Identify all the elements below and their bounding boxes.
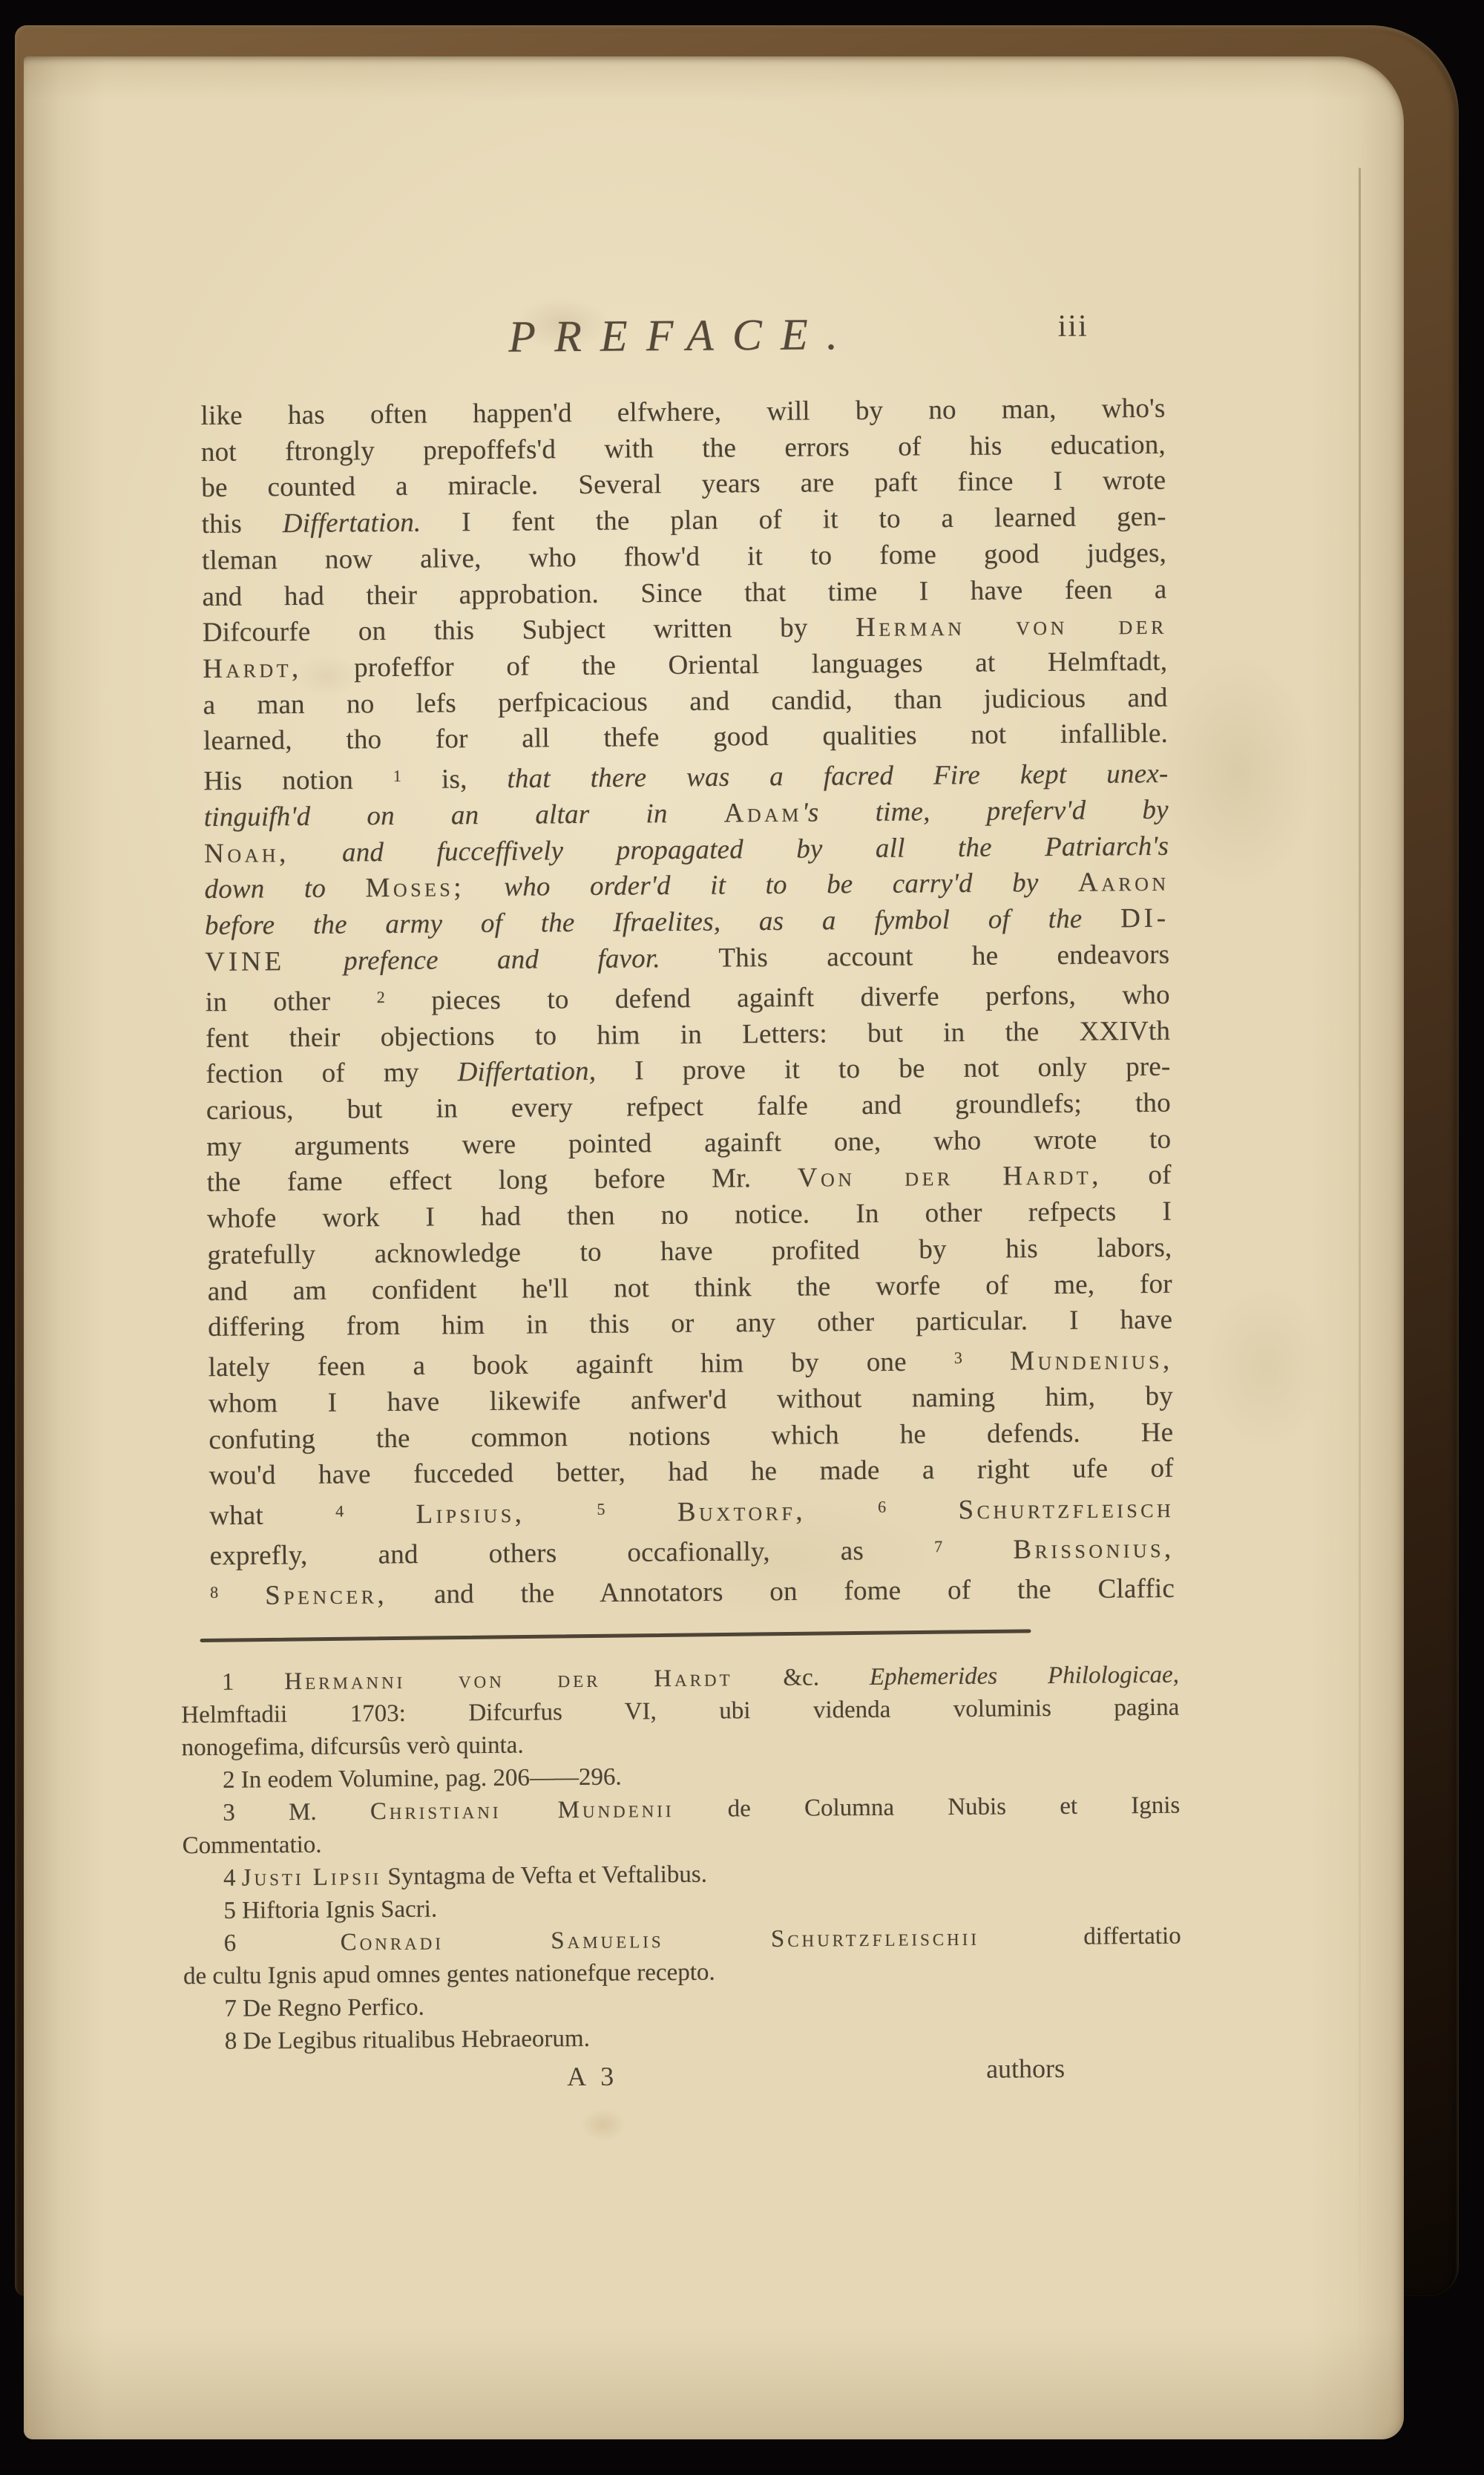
- text-line: 8 Spencer, and the Annotators on fome of…: [210, 1567, 1175, 1615]
- page-title: PREFACE.: [200, 298, 1165, 361]
- text-segment: 2: [377, 988, 385, 1006]
- text-segment: exprefly, and others occafionally, as: [209, 1535, 934, 1572]
- text-segment: who order'd it to be carry'd by: [464, 868, 1078, 902]
- text-segment: fent their objections to him in Letters:…: [206, 1015, 1170, 1053]
- text-segment: not ftrongly prepoffefs'd with the error…: [201, 429, 1166, 467]
- text-segment: fection of my: [206, 1058, 457, 1090]
- text-segment: 7: [934, 1537, 942, 1556]
- text-segment: [942, 1535, 1013, 1566]
- text-segment: the fame effect long before Mr.: [207, 1163, 798, 1198]
- page-edge-crease: [1359, 168, 1361, 2410]
- text-line: 8 De Legibus ritualibus Hebraeorum.: [184, 2018, 1182, 2059]
- text-segment: differtatio: [979, 1923, 1181, 1951]
- text-segment: Christiani Mundenii: [370, 1796, 674, 1825]
- text-segment: de cultu Ignis apud omnes gentes natione…: [183, 1959, 715, 1990]
- text-segment: de Columna Nubis et Ignis: [674, 1792, 1180, 1823]
- text-segment: [525, 1498, 597, 1529]
- text-segment: 's time, preferv'd by: [802, 795, 1169, 828]
- text-segment: I fent the plan of it to a learned gen-: [421, 502, 1166, 538]
- text-segment: 8: [210, 1583, 218, 1602]
- footnote-divider: [200, 1629, 1031, 1642]
- text-segment: learned, tho for all thefe good qualitie…: [203, 718, 1168, 756]
- text-segment: [806, 1495, 878, 1527]
- text-line: in other 2 pieces to defend againft dive…: [206, 973, 1170, 1020]
- text-segment: [962, 1346, 1010, 1377]
- text-line: lately feen a book againft him by one 3 …: [208, 1339, 1172, 1386]
- text-segment: Mundenius,: [1010, 1345, 1173, 1377]
- text-segment: whofe work I had then no notice. In othe…: [207, 1196, 1172, 1234]
- text-segment: DI-: [1120, 903, 1169, 934]
- text-segment: differing from him in this or any other …: [208, 1305, 1172, 1343]
- text-segment: Differtation.: [283, 508, 421, 539]
- text-segment: Conradi Samuelis Schurtzfleischii: [341, 1924, 979, 1956]
- text-segment: 7 De Regno Perfico.: [224, 1994, 424, 2022]
- text-segment: is,: [401, 764, 508, 795]
- text-segment: prefence and favor.: [285, 943, 660, 977]
- text-segment: and am confident he'll not think the wor…: [208, 1268, 1172, 1306]
- text-segment: tleman now alive, who fhow'd it to fome …: [202, 538, 1166, 576]
- text-segment: and the Annotators on fome of the Claffi…: [387, 1573, 1175, 1610]
- text-segment: Commentatio.: [183, 1832, 322, 1859]
- printed-content: PREFACE. iii like has often happen'd elf…: [170, 298, 1182, 2109]
- text-segment: in other: [206, 986, 377, 1017]
- text-segment: 3: [954, 1348, 962, 1367]
- text-segment: 1: [222, 1668, 285, 1696]
- text-segment: Ephemerides Philologicae,: [870, 1662, 1179, 1691]
- text-segment: wou'd have fucceded better, had he made …: [209, 1453, 1174, 1491]
- text-segment: this: [202, 508, 283, 540]
- text-segment: I prove it to be not only pre-: [596, 1052, 1171, 1086]
- text-segment: 2 In eodem Volumine, pag. 206——296.: [223, 1764, 622, 1794]
- text-segment: [886, 1495, 958, 1526]
- text-segment: that there was a facred Fire kept unex-: [507, 758, 1168, 794]
- text-segment: Difcourfe on this Subject written by: [203, 612, 856, 648]
- text-segment: pieces to defend againft diverfe perfons…: [385, 980, 1170, 1016]
- text-segment: Herman von der: [856, 610, 1167, 643]
- text-segment: what: [209, 1500, 335, 1531]
- page-header: PREFACE. iii: [170, 298, 1169, 383]
- text-segment: Spencer,: [265, 1579, 387, 1610]
- text-segment: of: [1102, 1160, 1172, 1191]
- text-segment: confuting the common notions which he de…: [209, 1417, 1173, 1455]
- catchword: authors: [986, 2053, 1065, 2085]
- page-number: iii: [1057, 309, 1088, 344]
- text-segment: [218, 1581, 265, 1611]
- footnotes: 1 Hermanni von der Hardt &c. Ephemerides…: [181, 1659, 1182, 2059]
- signature-row: A 3 authors: [184, 2056, 1182, 2109]
- text-segment: Hermanni von der Hardt: [284, 1665, 732, 1695]
- text-segment: Helmftadii 1703: Difcurfus VI, ubi viden…: [181, 1694, 1179, 1729]
- text-segment: whom I have likewife anfwer'd without na…: [209, 1381, 1173, 1419]
- text-segment: Von der Hardt,: [798, 1161, 1102, 1193]
- text-segment: and fucceffively propagated by all the P…: [289, 831, 1169, 868]
- text-segment: tinguifh'd on an altar in: [204, 799, 724, 833]
- text-segment: His notion: [203, 764, 393, 796]
- text-segment: Lipsius,: [416, 1498, 525, 1530]
- text-segment: 1: [393, 767, 401, 785]
- text-segment: profeffor of the Oriental languages at H…: [301, 646, 1167, 684]
- signature-mark: A 3: [567, 2061, 618, 2093]
- text-segment: 3 M.: [223, 1798, 370, 1826]
- text-segment: carious, but in every refpect falfe and …: [206, 1088, 1171, 1126]
- text-segment: lately feen a book againft him by one: [208, 1346, 954, 1383]
- text-segment: like has often happen'd elfwhere, will b…: [200, 393, 1165, 431]
- text-segment: Justi Lipsii: [242, 1863, 382, 1891]
- text-segment: 4: [223, 1865, 242, 1892]
- text-segment: This account he endeavors: [660, 940, 1170, 974]
- text-segment: [605, 1497, 677, 1528]
- text-segment: Differtation,: [457, 1056, 596, 1087]
- text-segment: 5 Hiftoria Ignis Sacri.: [223, 1896, 437, 1924]
- photo-background: PREFACE. iii like has often happen'd elf…: [0, 0, 1484, 2475]
- text-segment: Noah,: [204, 838, 289, 869]
- text-segment: nonogefima, difcursûs verò quinta.: [182, 1732, 524, 1762]
- text-segment: down to: [204, 873, 365, 905]
- text-segment: Adam: [724, 798, 802, 829]
- text-segment: Brissonius,: [1013, 1533, 1174, 1565]
- text-segment: be counted a miracle. Several years are …: [201, 465, 1166, 503]
- text-segment: a man no lefs perfpicacious and candid, …: [203, 682, 1167, 720]
- text-segment: VINE: [205, 946, 285, 977]
- text-segment: Hardt,: [203, 653, 302, 684]
- text-segment: gratefully acknowledge to have profited …: [207, 1233, 1172, 1271]
- text-segment: Buxtorf,: [677, 1496, 806, 1527]
- text-segment: 8 De Legibus ritualibus Hebraeorum.: [225, 2025, 590, 2055]
- text-segment: [344, 1499, 416, 1530]
- text-segment: 6: [224, 1930, 341, 1957]
- text-segment: 6: [878, 1498, 886, 1516]
- text-segment: Schurtzfleisch: [958, 1493, 1174, 1525]
- preface-body-text: like has often happen'd elfwhere, will b…: [200, 391, 1175, 1615]
- text-segment: and had their approbation. Since that ti…: [202, 574, 1166, 612]
- text-segment: 4: [335, 1502, 344, 1521]
- text-segment: Moses;: [365, 873, 464, 904]
- text-segment: before the army of the Ifraelites, as a …: [205, 903, 1120, 941]
- text-segment: Aaron: [1078, 867, 1169, 898]
- book-page: PREFACE. iii like has often happen'd elf…: [24, 56, 1404, 2439]
- text-segment: Syntagma de Vefta et Veftalibus.: [381, 1861, 707, 1890]
- text-segment: &c.: [732, 1664, 870, 1691]
- text-segment: 5: [597, 1500, 605, 1518]
- text-segment: my arguments were pointed againft one, w…: [206, 1124, 1171, 1161]
